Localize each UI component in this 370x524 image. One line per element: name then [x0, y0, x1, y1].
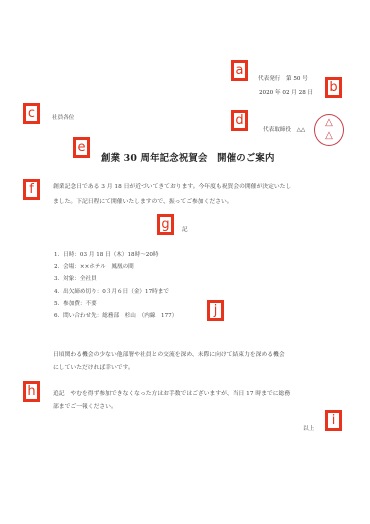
list-item: 2．会場：××ホテル 鳳凰の間 [54, 264, 134, 271]
list-item: 1．日時：03 月 18 日（木）18時～20時 [54, 252, 159, 259]
postscript-line-1: 追記 やむを得ず参加できなくなった方はお手数ではございますが、当日 17 時まで… [53, 388, 290, 400]
annotation-label-b: b [325, 77, 342, 98]
postscript-line-2: 部までご一報ください。 [53, 401, 117, 413]
annotation-label-c: c [23, 103, 40, 124]
list-item: 5．参加費：不要 [54, 301, 97, 308]
issue-number: 代表発行 第 50 号 [258, 76, 308, 83]
annotation-label-f: f [23, 179, 40, 200]
seal-stamp: △ △ [314, 114, 344, 146]
triangle-icon: △ [325, 118, 333, 128]
intro-line-1: 創業記念日である 3 月 18 日が近づいてきております。今年度も祝賀会の開催が… [53, 181, 291, 193]
closing-line-1: 日頃関わる機会の少ない他部署や社員との交流を深め、未際に向けて結束力を深める機会 [53, 349, 285, 361]
triangle-icon: △ [325, 131, 333, 141]
annotation-label-g: g [157, 214, 174, 235]
annotation-label-a: a [231, 60, 248, 81]
document-date: 2020 年 02 月 28 日 [259, 90, 313, 97]
annotation-label-h: h [23, 381, 40, 402]
end-mark: 以上 [303, 426, 314, 433]
document-title: 創業 30 周年記念祝賀会 開催のご案内 [101, 150, 275, 164]
list-item: 4．出欠締め切り：0３月６日（金）17時まで [54, 289, 169, 296]
sender: 代表取締役 △△ [263, 127, 305, 134]
annotation-label-j: j [207, 300, 224, 321]
list-item: 3．対象：全社員 [54, 276, 97, 283]
closing-line-2: にしていただければ幸いです。 [53, 362, 134, 374]
ki-heading: 記 [182, 227, 188, 234]
recipient: 社員各位 [52, 115, 74, 122]
intro-line-2: ました。下記日程にて開催いたしますので、振ってご参加ください。 [53, 196, 233, 208]
list-item: 6．問い合わせ先：総務部 杉山 （内線 177） [54, 313, 177, 320]
annotation-label-e: e [73, 137, 90, 158]
annotation-label-d: d [231, 110, 248, 131]
annotation-label-i: i [325, 410, 342, 431]
